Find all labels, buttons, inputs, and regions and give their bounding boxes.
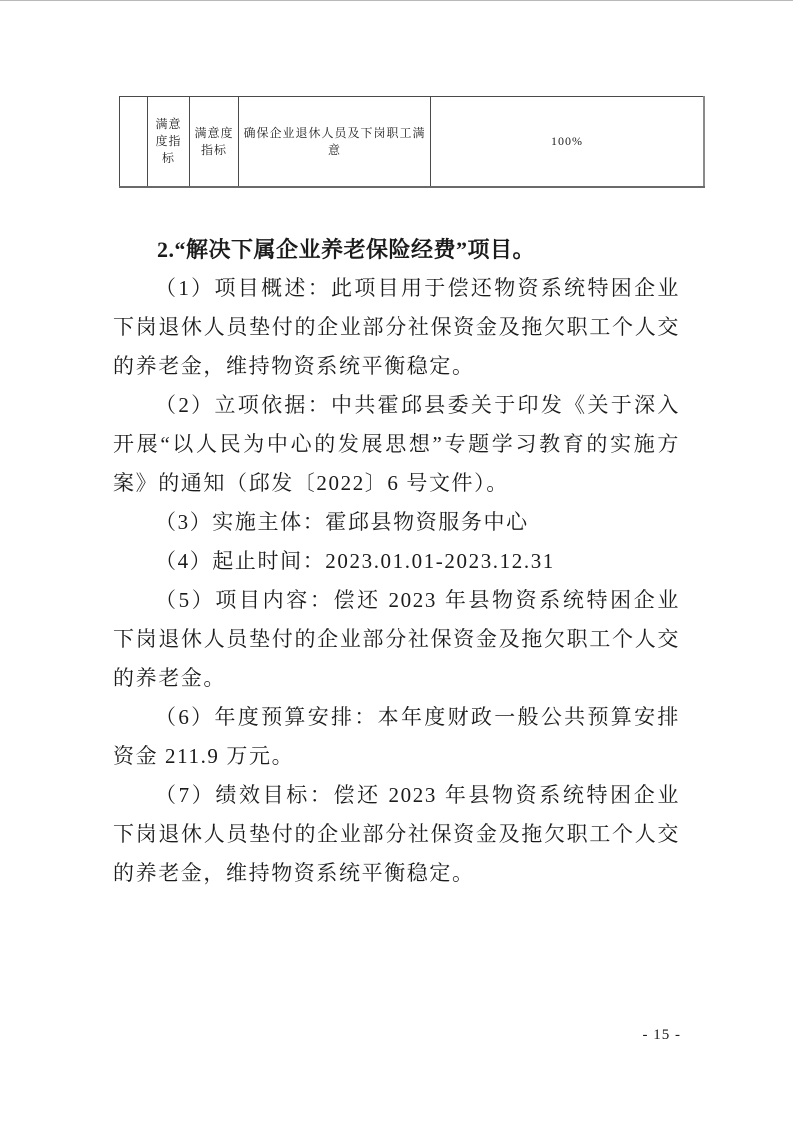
- paragraph-project-basis: （2）立项依据：中共霍邱县委关于印发《关于深入开展“以人民为中心的发展思想”专题…: [113, 386, 680, 503]
- performance-indicator-table: 满意度指标 满意度指标 确保企业退休人员及下岗职工满意 100%: [119, 96, 705, 188]
- table-cell-spacer: [120, 97, 148, 188]
- paragraph-performance-target: （7）绩效目标：偿还 2023 年县物资系统特困企业下岗退休人员垫付的企业部分社…: [113, 776, 680, 893]
- table-row: 满意度指标 满意度指标 确保企业退休人员及下岗职工满意 100%: [120, 97, 705, 188]
- document-body: 2.“解决下属企业养老保险经费”项目。 （1）项目概述：此项目用于偿还物资系统特…: [113, 230, 680, 893]
- page-number: - 15 -: [0, 1027, 681, 1044]
- paragraph-project-content: （5）项目内容：偿还 2023 年县物资系统特困企业下岗退休人员垫付的企业部分社…: [113, 581, 680, 698]
- paragraph-implementing-body: （3）实施主体：霍邱县物资服务中心: [113, 503, 680, 542]
- paragraph-time-period: （4）起止时间：2023.01.01-2023.12.31: [113, 542, 680, 581]
- paragraph-annual-budget: （6）年度预算安排：本年度财政一般公共预算安排资金 211.9 万元。: [113, 698, 680, 776]
- table-cell-indicator-value: 100%: [431, 97, 705, 188]
- document-page: 满意度指标 满意度指标 确保企业退休人员及下岗职工满意 100% 2.“解决下属…: [0, 0, 793, 1122]
- table-cell-indicator-name: 确保企业退休人员及下岗职工满意: [239, 97, 431, 188]
- table-cell-indicator-category-level2: 满意度指标: [190, 97, 239, 188]
- paragraph-project-overview: （1）项目概述：此项目用于偿还物资系统特困企业下岗退休人员垫付的企业部分社保资金…: [113, 269, 680, 386]
- table-cell-indicator-category-level1: 满意度指标: [148, 97, 190, 188]
- section-heading: 2.“解决下属企业养老保险经费”项目。: [113, 230, 680, 269]
